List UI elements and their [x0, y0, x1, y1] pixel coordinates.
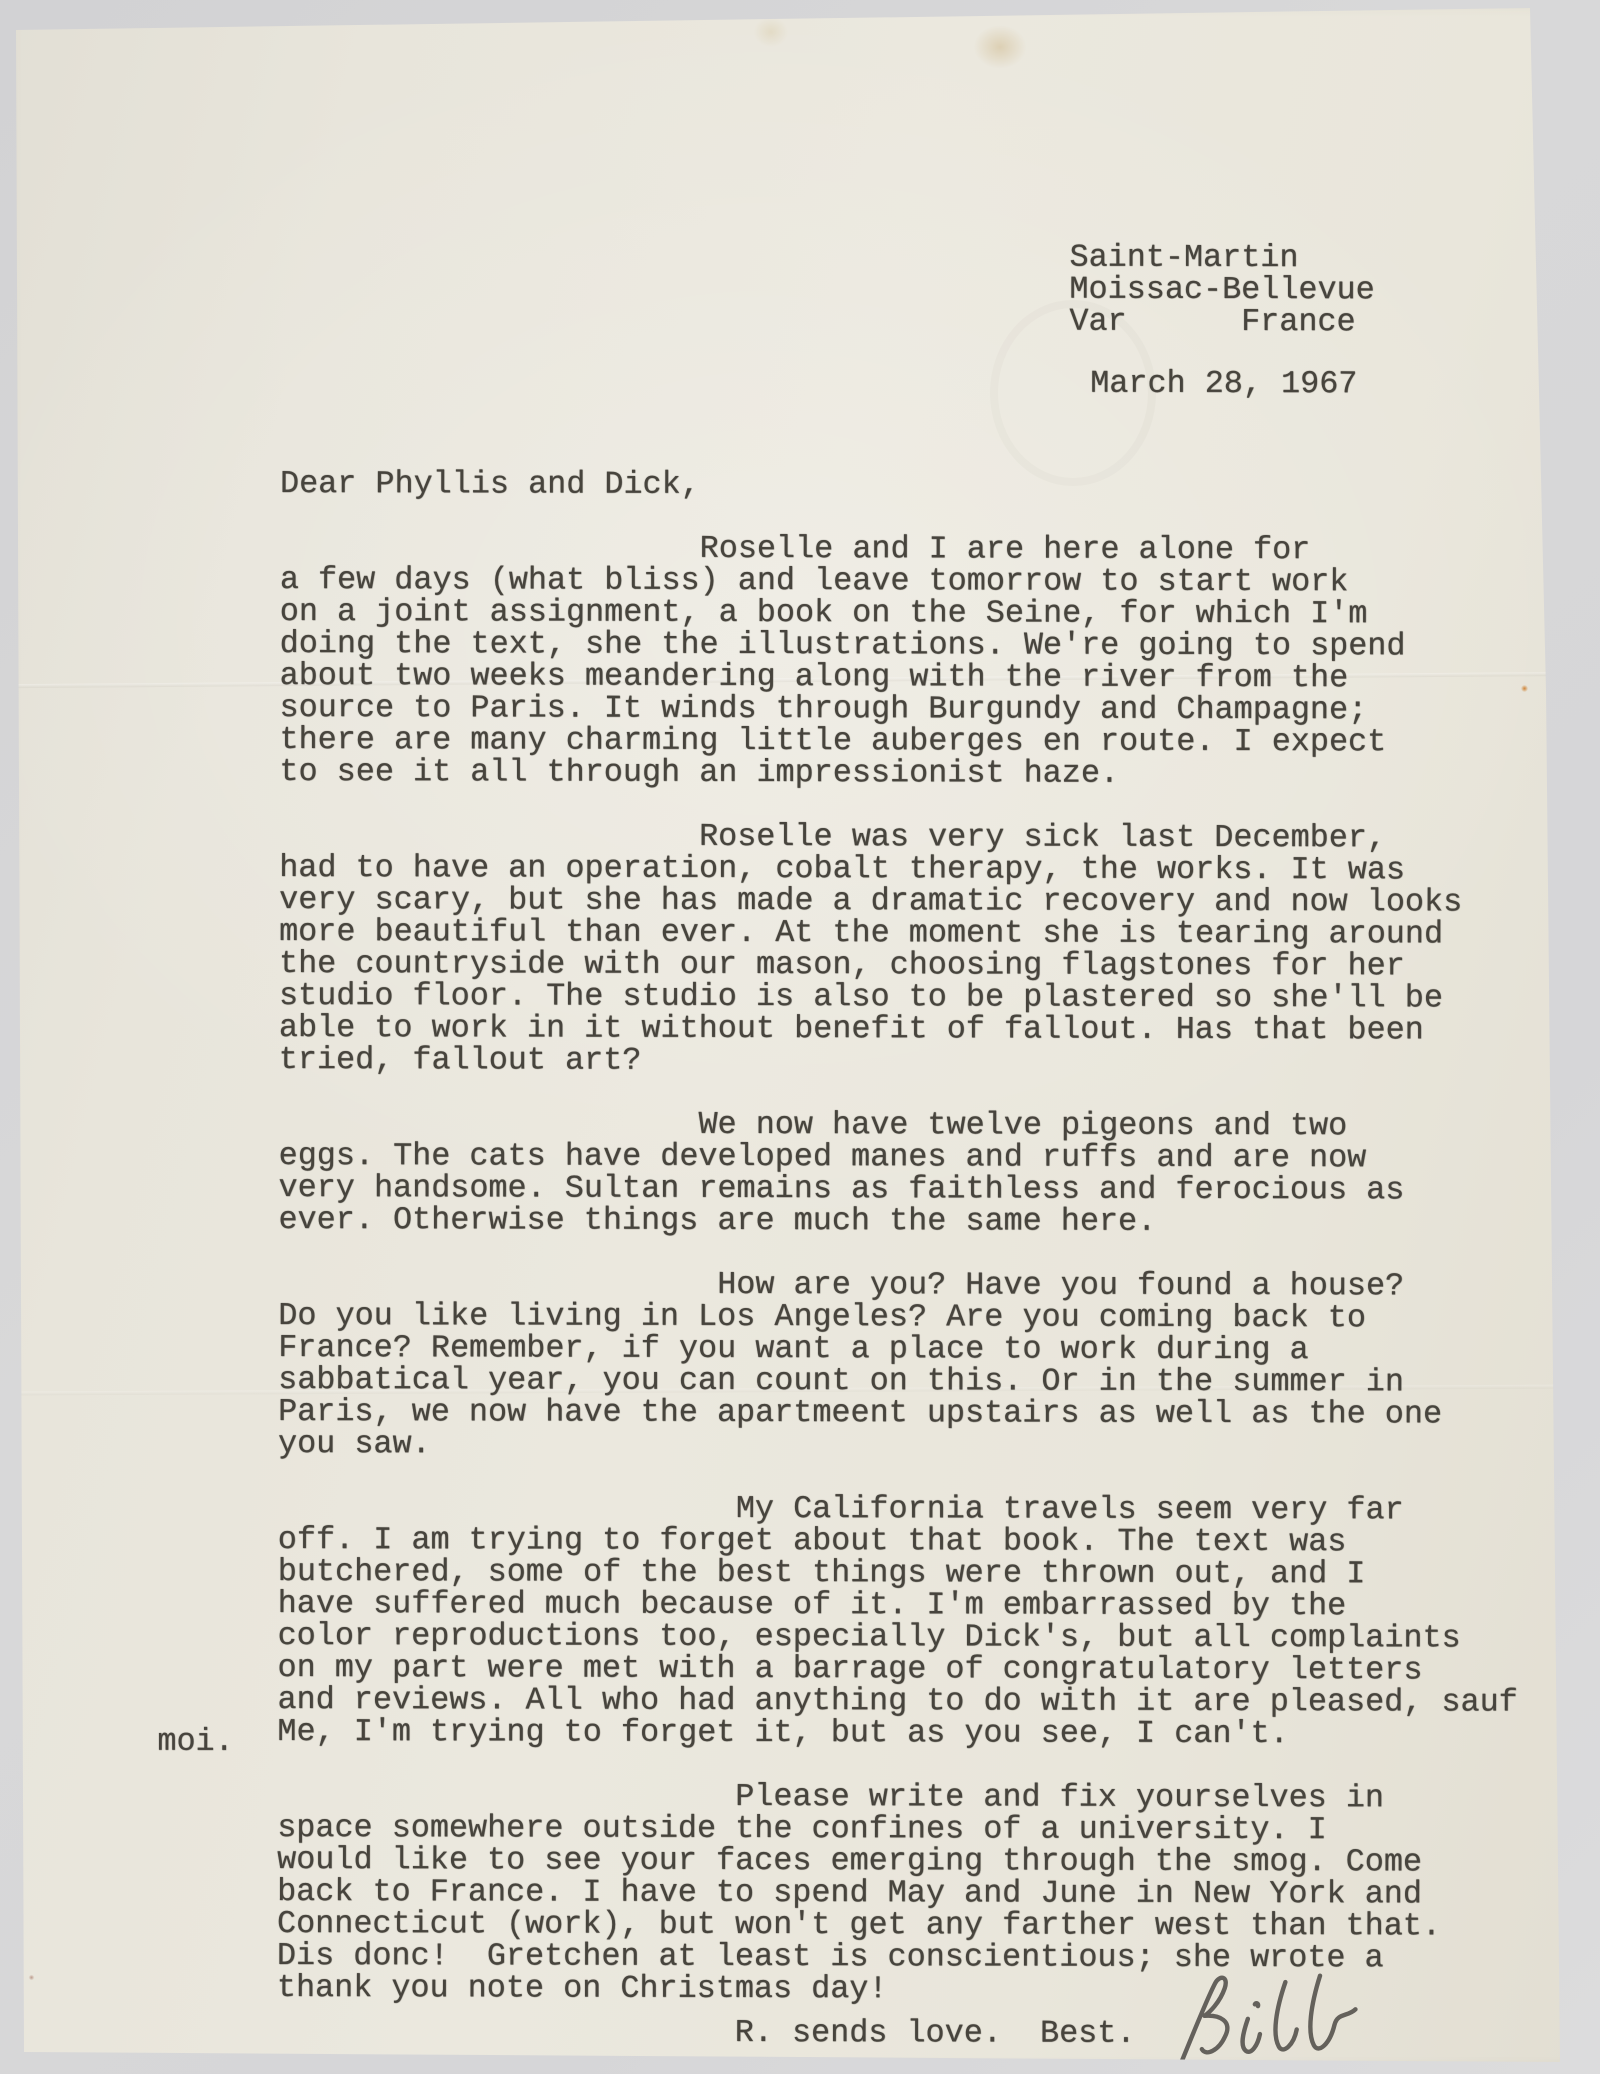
- paragraph-seine-trip: Roselle and I are here alone for a few d…: [279, 532, 1405, 790]
- date-line: March 28, 1967: [1090, 368, 1357, 401]
- photo-background: Saint-Martin Moissac-Bellevue Var France…: [0, 0, 1600, 2074]
- letter-paper: Saint-Martin Moissac-Bellevue Var France…: [0, 0, 1600, 2074]
- closing-line: R. sends love. Best.: [277, 2016, 1136, 2050]
- signature-bill: [1157, 1961, 1364, 2074]
- paragraph-pigeons-cats: We now have twelve pigeons and two eggs.…: [278, 1108, 1404, 1238]
- paragraph-california-book: My California travels seem very far off.…: [277, 1492, 1518, 1751]
- margin-note-moi: moi.: [157, 1726, 233, 1758]
- signature-stroke: [1171, 1969, 1359, 2072]
- salutation: Dear Phyllis and Dick,: [280, 468, 700, 501]
- paragraph-how-are-you: How are you? Have you found a house? Do …: [278, 1268, 1442, 1462]
- typed-text-layer: Saint-Martin Moissac-Bellevue Var France…: [0, 0, 1600, 2074]
- sender-address: Saint-Martin Moissac-Bellevue Var France: [1069, 242, 1375, 339]
- paragraph-roselle-recovery: Roselle was very sick last December, had…: [279, 820, 1463, 1078]
